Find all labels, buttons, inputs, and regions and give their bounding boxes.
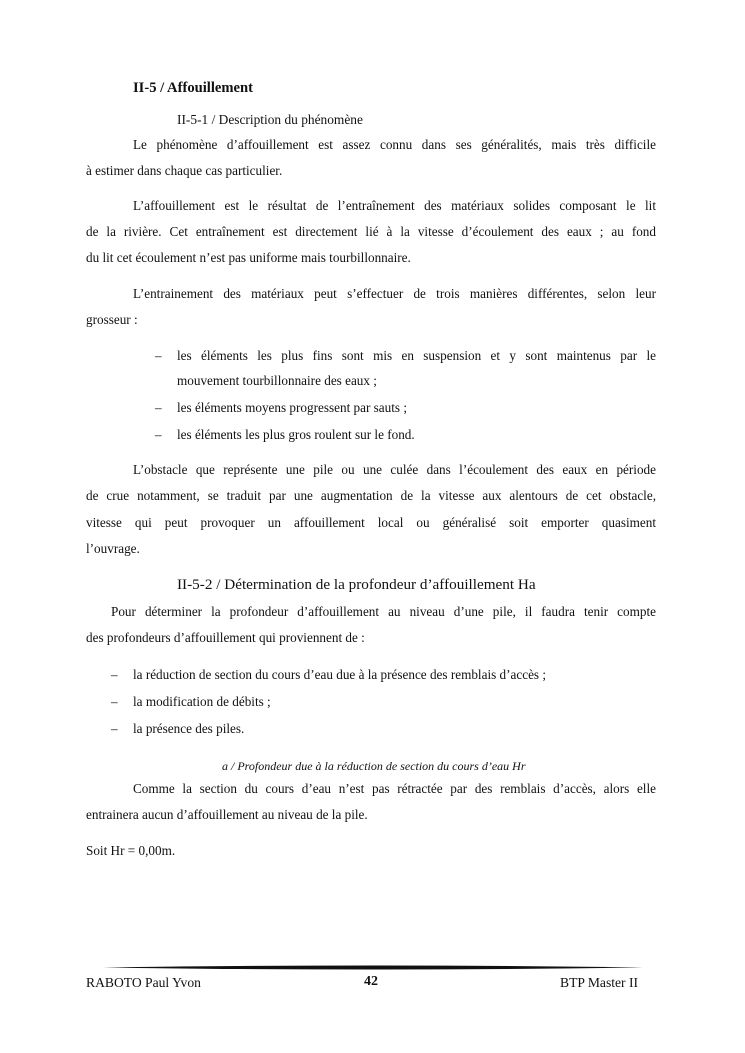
dash-bullet-icon: – xyxy=(155,427,162,443)
subsection-heading-2: II-5-2 / Détermination de la profondeur … xyxy=(177,576,536,594)
page-number: 42 xyxy=(364,974,378,990)
dash-bullet-icon: – xyxy=(155,400,162,416)
dash-bullet-icon: – xyxy=(155,348,162,364)
footer-program: BTP Master II xyxy=(560,975,638,991)
subsubsection-heading-a: a / Profondeur due à la réduction de sec… xyxy=(222,759,526,774)
dash-bullet-icon: – xyxy=(111,694,118,710)
footer-divider xyxy=(103,965,643,970)
dash-bullet-icon: – xyxy=(111,667,118,683)
section-heading: II-5 / Affouillement xyxy=(133,80,253,97)
result-line: Soit Hr = 0,00m. xyxy=(86,843,175,859)
footer-author: RABOTO Paul Yvon xyxy=(86,975,201,991)
subsection-heading-1: II-5-1 / Description du phénomène xyxy=(177,112,363,128)
dash-bullet-icon: – xyxy=(111,721,118,737)
